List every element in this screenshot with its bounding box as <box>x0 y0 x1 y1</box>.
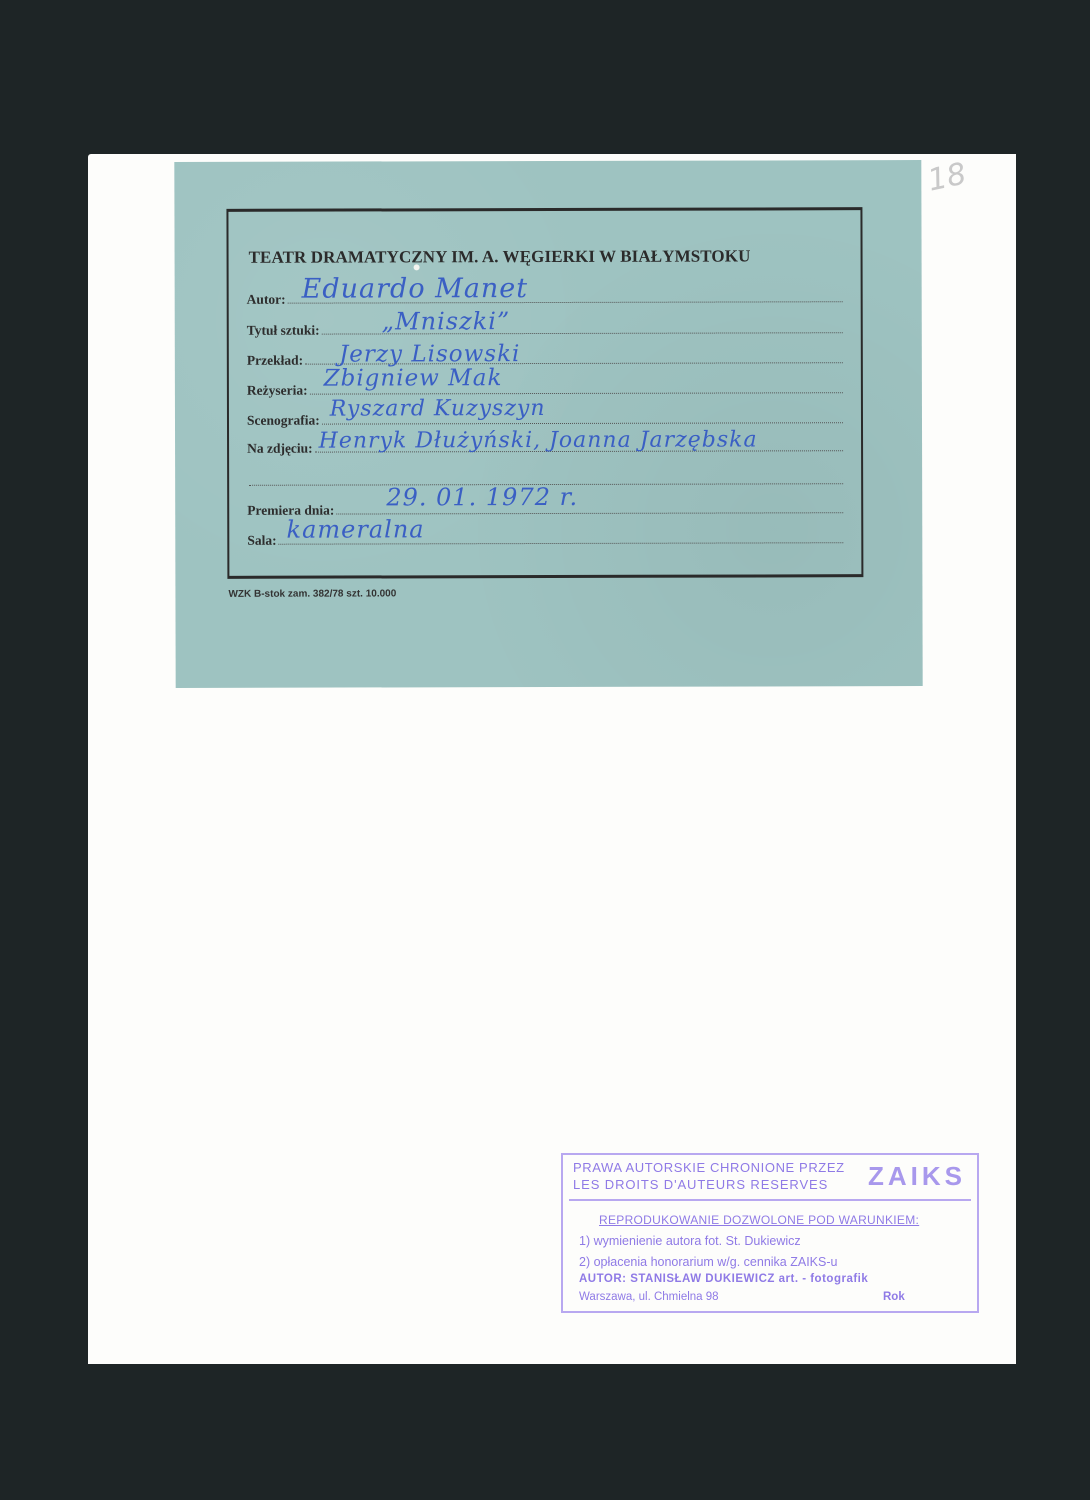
stamp-divider <box>569 1199 971 1201</box>
card-title: TEATR DRAMATYCZNY IM. A. WĘGIERKI W BIAŁ… <box>249 246 751 267</box>
field-value: 29. 01. 1972 r. <box>386 483 578 512</box>
field-label: Sala: <box>247 533 278 549</box>
field-value: Zbigniew Mak <box>324 365 503 391</box>
field-label: Na zdjęciu: <box>247 441 315 457</box>
stamp-line-2: LES DROITS D'AUTEURS RESERVES <box>573 1177 828 1192</box>
printer-note: WZK B-stok zam. 382/78 szt. 10.000 <box>228 588 396 599</box>
field-label: Autor: <box>247 292 288 308</box>
stamp-address: Warszawa, ul. Chmielna 98 <box>579 1291 719 1303</box>
stamp-author: AUTOR: STANISŁAW DUKIEWICZ art. - fotogr… <box>579 1273 868 1285</box>
field-value: Henryk Dłużyński, Joanna Jarzębska <box>319 427 758 453</box>
field-author: Autor: Eduardo Manet <box>247 284 843 308</box>
punch-hole <box>414 264 420 270</box>
field-value: „Mniszki” <box>382 307 511 335</box>
field-label: Tytuł sztuki: <box>247 323 322 339</box>
copyright-stamp: PRAWA AUTORSKIE CHRONIONE PRZEZ LES DROI… <box>561 1153 979 1313</box>
field-value: kameralna <box>287 515 425 543</box>
stamp-line-1: PRAWA AUTORSKIE CHRONIONE PRZEZ <box>573 1160 845 1175</box>
field-value: Eduardo Manet <box>302 273 529 305</box>
field-value: Jerzy Lisowski <box>339 341 520 367</box>
field-value: Ryszard Kuzyszyn <box>330 396 546 422</box>
stamp-year-label: Rok <box>883 1291 905 1303</box>
field-label: Reżyseria: <box>247 383 310 399</box>
stamp-condition-1: 1) wymienienie autora fot. St. Dukiewicz <box>579 1234 801 1248</box>
field-in-photo: Na zdjęciu: Henryk Dłużyński, Joanna Jar… <box>247 433 843 457</box>
stamp-org: ZAIKS <box>868 1161 966 1192</box>
stamp-condition-2: 2) opłacenia honorarium w/g. cennika ZAI… <box>579 1255 837 1269</box>
theatre-info-card: TEATR DRAMATYCZNY IM. A. WĘGIERKI W BIAŁ… <box>174 160 922 688</box>
field-title: Tytuł sztuki: „Mniszki” <box>247 315 843 339</box>
card-frame: TEATR DRAMATYCZNY IM. A. WĘGIERKI W BIAŁ… <box>226 207 863 579</box>
stamp-conditions-header: REPRODUKOWANIE DOZWOLONE POD WARUNKIEM: <box>599 1213 919 1227</box>
field-label: Scenografia: <box>247 413 322 429</box>
field-hall: Sala: kameralna <box>247 525 843 549</box>
field-label: Przekład: <box>247 353 305 369</box>
field-scenography: Scenografia: Ryszard Kuzyszyn <box>247 405 843 429</box>
